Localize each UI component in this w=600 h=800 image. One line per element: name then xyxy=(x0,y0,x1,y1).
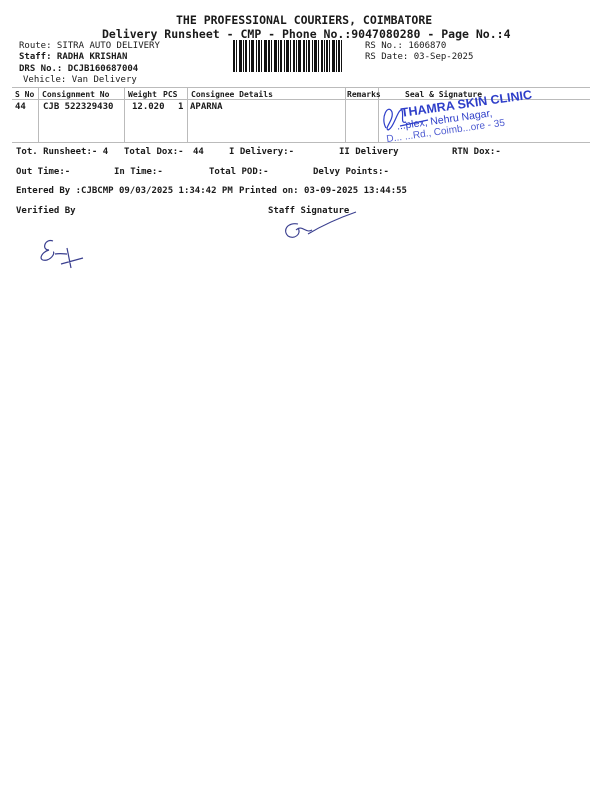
col-divider xyxy=(345,87,346,142)
runsheet-subtitle: Delivery Runsheet - CMP - Phone No.:9047… xyxy=(102,27,511,41)
col-header-pcs: PCS xyxy=(163,90,177,99)
rs-date: RS Date: 03-Sep-2025 xyxy=(365,52,473,62)
cell-weight: 12.020 xyxy=(132,102,165,112)
vehicle-label: Vehicle: Van Delivery xyxy=(23,75,137,85)
cell-sno: 44 xyxy=(15,102,26,112)
col-divider xyxy=(124,87,125,142)
in-time: In Time:- xyxy=(114,167,163,177)
table-bottom-border xyxy=(12,142,590,143)
tot-runsheet: Tot. Runsheet:- 4 xyxy=(16,147,108,157)
rtn-dox: RTN Dox:- xyxy=(452,147,501,157)
staff-label: Staff: RADHA KRISHAN xyxy=(19,52,127,62)
total-dox-value: 44 xyxy=(193,147,204,157)
verifier-signature-icon xyxy=(35,238,90,278)
route-label: Route: SITRA AUTO DELIVERY xyxy=(19,41,160,51)
cell-consignee: APARNA xyxy=(190,102,223,112)
drs-number: DRS No.: DCJB160687004 xyxy=(19,64,138,74)
cell-consignment-no: CJB 522329430 xyxy=(43,102,113,112)
col-divider xyxy=(187,87,188,142)
out-time: Out Time:- xyxy=(16,167,70,177)
col-header-consignment: Consignment No xyxy=(42,90,109,99)
company-title: THE PROFESSIONAL COURIERS, COIMBATORE xyxy=(176,13,432,27)
ii-delivery: II Delivery xyxy=(339,147,399,157)
i-delivery: I Delivery:- xyxy=(229,147,294,157)
verified-by: Verified By xyxy=(16,206,76,216)
printed-on: Printed on: 03-09-2025 13:44:55 xyxy=(239,186,407,196)
total-pod: Total POD:- xyxy=(209,167,269,177)
delvy-points: Delvy Points:- xyxy=(313,167,389,177)
total-dox-label: Total Dox:- xyxy=(124,147,184,157)
col-header-weight: Weight xyxy=(128,90,157,99)
col-divider xyxy=(38,87,39,142)
rs-number: RS No.: 1606870 xyxy=(365,41,446,51)
staff-signature-icon xyxy=(278,208,358,242)
cell-pcs: 1 xyxy=(178,102,183,112)
entered-by: Entered By :CJBCMP 09/03/2025 1:34:42 PM xyxy=(16,186,233,196)
table-top-border xyxy=(12,87,590,88)
barcode-image xyxy=(233,40,363,72)
col-header-sno: S No xyxy=(15,90,34,99)
col-header-remarks: Remarks xyxy=(347,90,381,99)
col-header-consignee: Consignee Details xyxy=(191,90,273,99)
